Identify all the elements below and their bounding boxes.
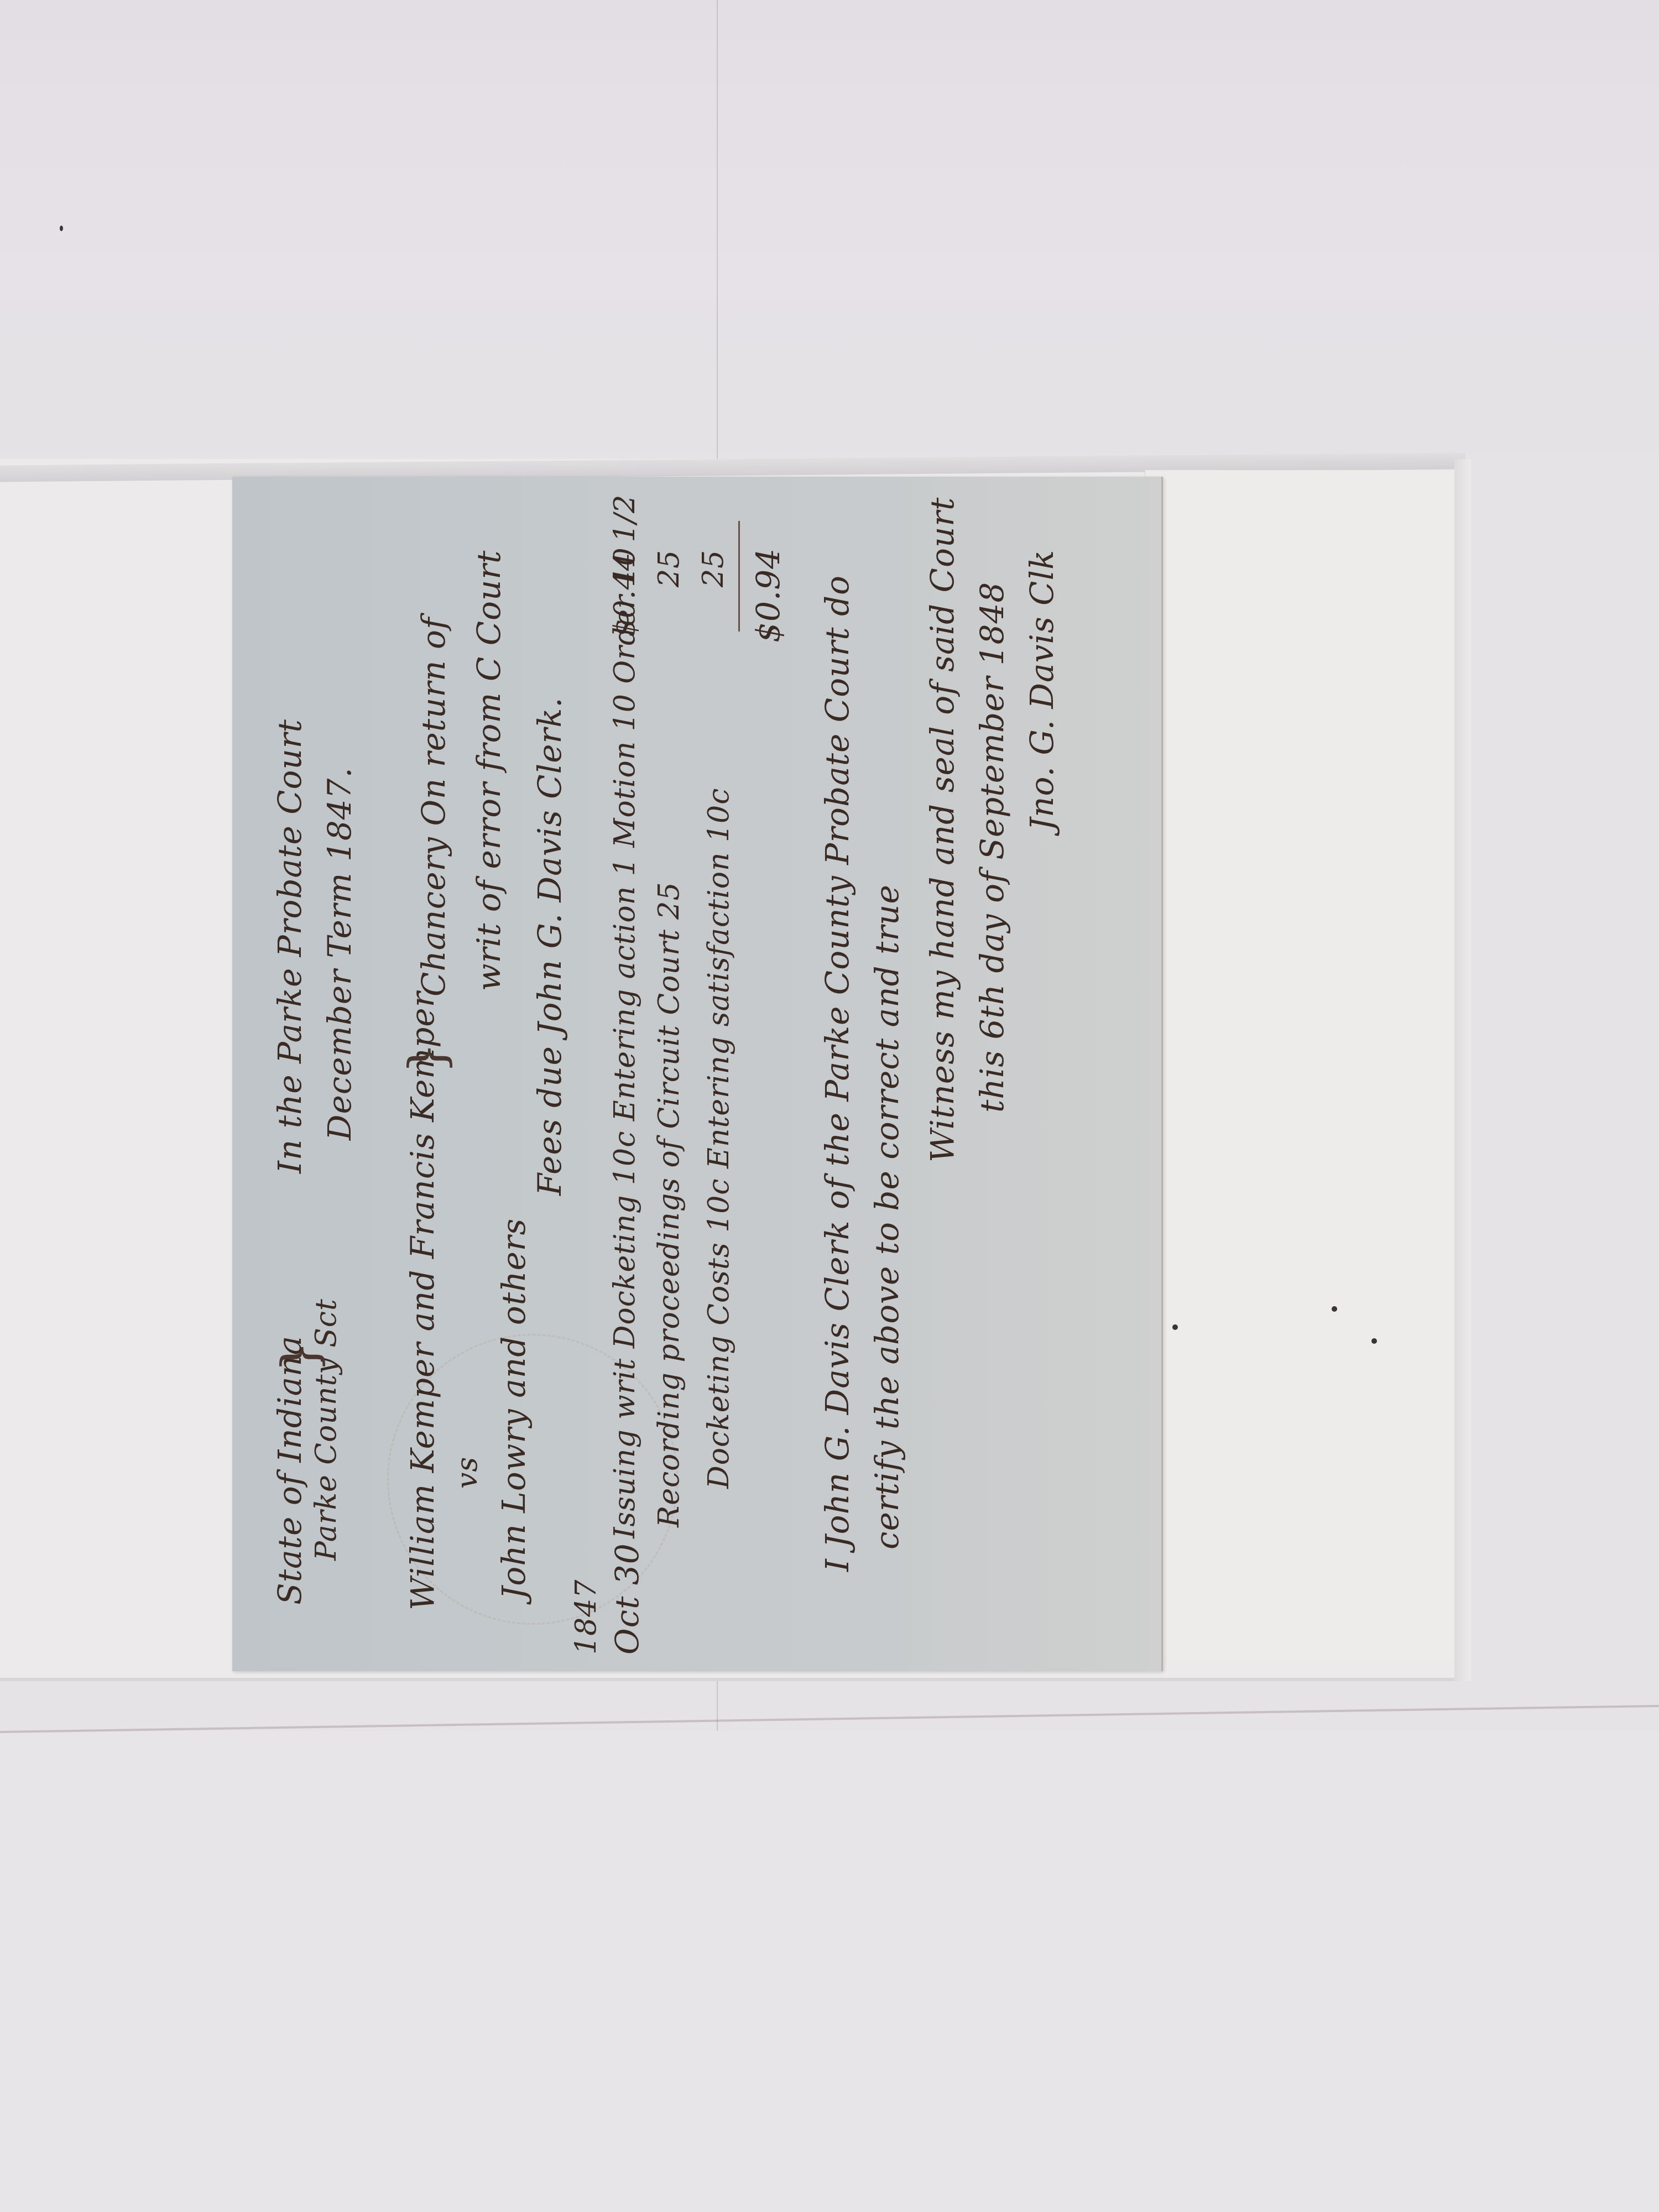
caption-state: State of Indiana [271, 1335, 309, 1605]
parties-brace: } [398, 1042, 456, 1074]
certification-line4: this 6th day of September 1848 [973, 582, 1011, 1113]
ledger-entry-amount: 25 [653, 550, 686, 587]
clerk-signature: Jno. G. Davis Clk [1023, 550, 1061, 831]
dust-speck [1332, 1306, 1337, 1312]
dust-speck [1172, 1324, 1178, 1330]
ledger-entry-amount: 25 [697, 550, 730, 587]
mat-board-right-edge [1454, 459, 1471, 1681]
fees-heading: Fees due John G. Davis Clerk. [531, 697, 568, 1196]
versus: vs [451, 1457, 484, 1489]
ledger-entry-text: Recording proceedings of Circuit Court 2… [653, 881, 686, 1527]
plaintiffs: William Kemper and Francis Kemper [404, 992, 441, 1610]
document-text-area: State of Indiana Parke County Sct } In t… [232, 477, 1161, 1671]
ledger-entry-text: Docketing Costs 10c Entering satisfactio… [702, 788, 735, 1489]
backdrop-bottom [0, 1731, 1659, 2212]
caption-county: Parke County Sct [310, 1298, 343, 1561]
case-nature-line2: writ of error from C Court [470, 550, 508, 991]
case-nature-line1: Chancery On return of [415, 617, 452, 997]
sum-rule [738, 521, 740, 632]
backdrop-top [0, 0, 1659, 453]
ledger-entry-text: Issuing writ Docketing 10c Entering acti… [608, 547, 641, 1538]
caption-term: December Term 1847. [321, 767, 358, 1140]
backdrop-crease [0, 1705, 1659, 1733]
caption-court: In the Parke Probate Court [271, 719, 309, 1173]
dust-speck [1371, 1338, 1377, 1344]
ledger-year: 1847 [570, 1579, 603, 1655]
ledger-date: Oct 30 [608, 1543, 646, 1655]
certification-line1: I John G. Davis Clerk of the Parke Count… [818, 575, 856, 1572]
document-rotated-content: State of Indiana Parke County Sct } In t… [232, 477, 1161, 1671]
caption-brace: } [271, 1341, 329, 1373]
fee-bill-document: State of Indiana Parke County Sct } In t… [232, 477, 1163, 1671]
ledger-entry-amount: $0.44 1/2 [608, 494, 641, 637]
certification-line3: Witness my hand and seal of said Court [924, 497, 961, 1162]
dust-speck [60, 226, 63, 231]
certification-line2: certify the above to be correct and true [868, 884, 906, 1550]
mat-window [1145, 470, 1455, 1659]
defendants: John Lowry and others [495, 1218, 533, 1599]
ledger-total: $0.94 [749, 548, 787, 643]
